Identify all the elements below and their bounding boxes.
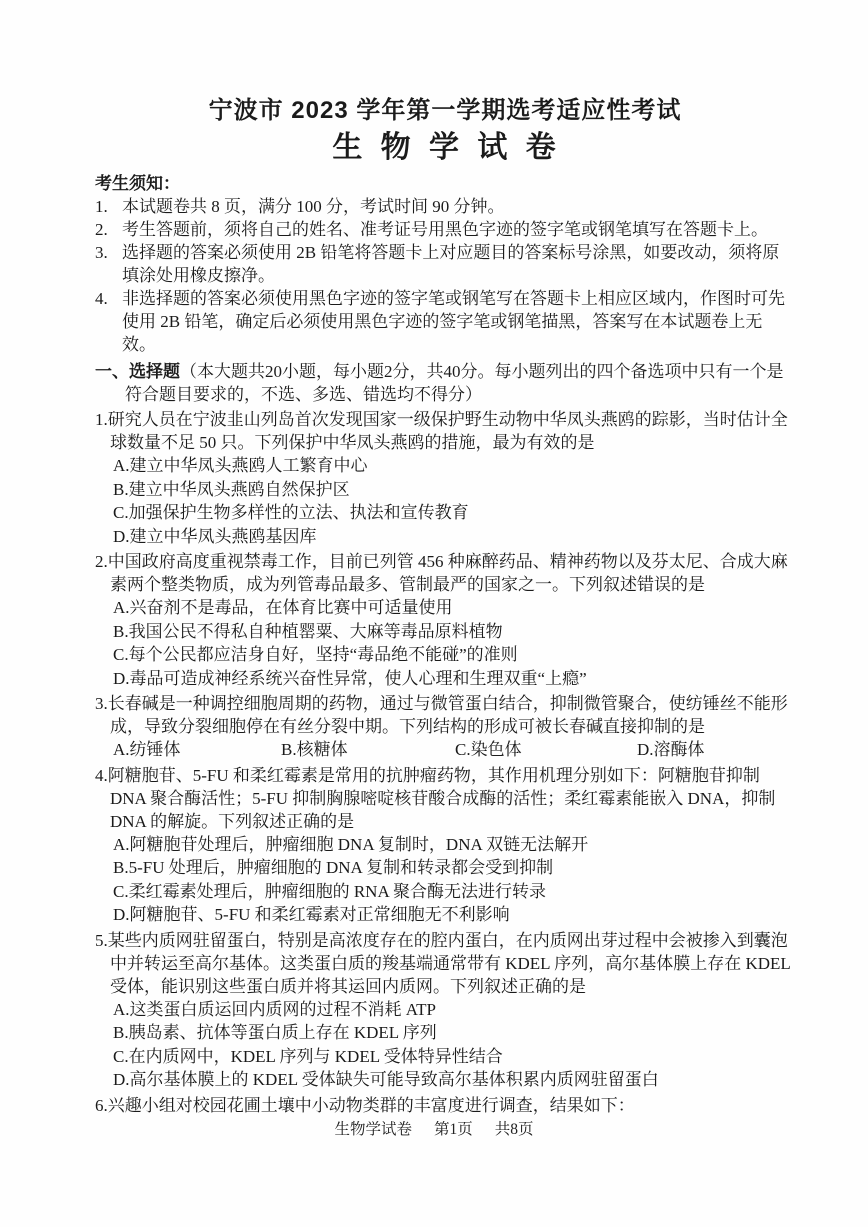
question-stem: 3.长春碱是一种调控细胞周期的药物，通过与微管蛋白结合，抑制微管聚合，使纺锤丝不… [95,692,795,738]
notice-item-2: 2. 考生答题前，须将自己的姓名、准考证号用黑色字迹的签字笔或钢笔填写在答题卡上… [95,218,795,241]
section-label: 一、选择题 [95,362,180,381]
notice-heading: 考生须知： [95,172,795,195]
notice-number: 2. [95,218,122,241]
question-number: 2. [95,552,108,571]
option-label: B. [113,858,129,877]
option-row-b: B.核糖体 [281,738,455,762]
question-3: 3.长春碱是一种调控细胞周期的药物，通过与微管蛋白结合，抑制微管聚合，使纺锤丝不… [95,692,795,762]
option-row-a: A.阿糖胞苷处理后，肿瘤细胞 DNA 复制时，DNA 双链无法解开 [113,833,795,857]
question-stem: 5.某些内质网驻留蛋白，特别是高浓度存在的腔内蛋白，在内质网出芽过程中会被掺入到… [95,929,795,998]
option-row-c: C.柔红霉素处理后，肿瘤细胞的 RNA 聚合酶无法进行转录 [113,880,795,904]
option-label: A. [113,740,130,759]
option-row-c: C.在内质网中，KDEL 序列与 KDEL 受体特异性结合 [113,1045,795,1069]
notice-text: 考生答题前，须将自己的姓名、准考证号用黑色字迹的签字笔或钢笔填写在答题卡上。 [122,218,795,241]
option-row-c: C.染色体 [455,738,637,762]
option-text: 建立中华凤头燕鸥基因库 [130,527,317,546]
question-number: 1. [95,410,108,429]
option-label: A. [113,835,130,854]
option-row-d: D.毒品可造成神经系统兴奋性异常，使人心理和生理双重“上瘾” [113,667,795,691]
notice-item-1: 1. 本试题卷共 8 页，满分 100 分，考试时间 90 分钟。 [95,195,795,218]
page-subtitle: 生 物 学 试 卷 [95,128,795,168]
option-label: B. [281,740,297,759]
page-footer: 生物学试卷第1页共8页 [0,1120,868,1140]
question-stem: 2.中国政府高度重视禁毒工作，目前已列管 456 种麻醉药品、精神药物以及芬太尼… [95,550,795,596]
option-label: A. [113,456,130,475]
option-label: C. [455,740,471,759]
option-label: A. [113,598,130,617]
question-options: A.阿糖胞苷处理后，肿瘤细胞 DNA 复制时，DNA 双链无法解开 B.5-FU… [95,833,795,927]
option-text: 阿糖胞苷、5-FU 和柔红霉素对正常细胞无不利影响 [130,905,510,924]
option-label: D. [113,1070,130,1089]
option-text: 柔红霉素处理后，肿瘤细胞的 RNA 聚合酶无法进行转录 [129,882,546,901]
option-row-b: B.我国公民不得私自种植罂粟、大麻等毒品原料植物 [113,620,795,644]
option-label: D. [113,527,130,546]
notice-item-3: 3. 选择题的答案必须使用 2B 铅笔将答题卡上对应题目的答案标号涂黑，如要改动… [95,241,795,287]
option-label: D. [113,905,130,924]
question-stem: 4.阿糖胞苷、5-FU 和柔红霉素是常用的抗肿瘤药物，其作用机理分别如下：阿糖胞… [95,764,795,833]
question-options: A.这类蛋白质运回内质网的过程不消耗 ATP B.胰岛素、抗体等蛋白质上存在 K… [95,998,795,1092]
question-text: 长春碱是一种调控细胞周期的药物，通过与微管蛋白结合，抑制微管聚合，使纺锤丝不能形… [108,694,788,736]
option-label: C. [113,645,129,664]
notice-text: 本试题卷共 8 页，满分 100 分，考试时间 90 分钟。 [122,195,795,218]
option-label: C. [113,503,129,522]
option-label: C. [113,882,129,901]
option-row-d: D.高尔基体膜上的 KDEL 受体缺失可能导致高尔基体积累内质网驻留蛋白 [113,1068,795,1092]
question-options: A.兴奋剂不是毒品，在体育比赛中可适量使用 B.我国公民不得私自种植罂粟、大麻等… [95,596,795,690]
question-number: 4. [95,766,108,785]
option-text: 加强保护生物多样性的立法、执法和宣传教育 [129,503,469,522]
notice-text: 非选择题的答案必须使用黑色字迹的签字笔或钢笔写在答题卡上相应区域内，作图时可先使… [122,287,795,356]
footer-doc-label: 生物学试卷 [334,1121,412,1138]
question-text: 研究人员在宁波韭山列岛首次发现国家一级保护野生动物中华凤头燕鸥的踪影，当时估计全… [108,410,788,452]
option-text: 毒品可造成神经系统兴奋性异常，使人心理和生理双重“上瘾” [130,669,587,688]
question-text: 兴趣小组对校园花圃土壤中小动物类群的丰富度进行调查，结果如下： [108,1096,635,1115]
exam-paper-page: 宁波市 2023 学年第一学期选考适应性考试 生 物 学 试 卷 考生须知： 1… [0,0,868,1227]
option-row-b: B.建立中华凤头燕鸥自然保护区 [113,478,795,502]
option-row-d: D.建立中华凤头燕鸥基因库 [113,525,795,549]
option-row-d: D.溶酶体 [637,738,705,762]
option-text: 染色体 [471,740,522,759]
option-row-b: B.5-FU 处理后，肿瘤细胞的 DNA 复制和转录都会受到抑制 [113,856,795,880]
notice-number: 1. [95,195,122,218]
footer-total-pages: 共8页 [495,1121,534,1138]
option-text: 溶酶体 [654,740,705,759]
option-text: 高尔基体膜上的 KDEL 受体缺失可能导致高尔基体积累内质网驻留蛋白 [130,1070,659,1089]
question-options: A.纺锤体 B.核糖体 C.染色体 D.溶酶体 [95,738,795,762]
page-title: 宁波市 2023 学年第一学期选考适应性考试 [95,96,795,126]
option-text: 在内质网中，KDEL 序列与 KDEL 受体特异性结合 [129,1047,503,1066]
option-row-a: A.这类蛋白质运回内质网的过程不消耗 ATP [113,998,795,1022]
option-label: A. [113,1000,130,1019]
question-6: 6.兴趣小组对校园花圃土壤中小动物类群的丰富度进行调查，结果如下： [95,1094,795,1117]
notice-text: 选择题的答案必须使用 2B 铅笔将答题卡上对应题目的答案标号涂黑，如要改动，须将… [122,241,795,287]
notice-number: 3. [95,241,122,287]
option-label: D. [113,669,130,688]
option-text: 我国公民不得私自种植罂粟、大麻等毒品原料植物 [129,622,503,641]
section-header: 一、选择题（本大题共20小题，每小题2分，共40分。每小题列出的四个备选项中只有… [95,360,795,406]
option-row-a: A.建立中华凤头燕鸥人工繁育中心 [113,454,795,478]
question-number: 5. [95,931,108,950]
question-4: 4.阿糖胞苷、5-FU 和柔红霉素是常用的抗肿瘤药物，其作用机理分别如下：阿糖胞… [95,764,795,927]
question-text: 某些内质网驻留蛋白，特别是高浓度存在的腔内蛋白，在内质网出芽过程中会被掺入到囊泡… [108,931,790,996]
notice-number: 4. [95,287,122,356]
option-row-c: C.加强保护生物多样性的立法、执法和宣传教育 [113,501,795,525]
option-label: C. [113,1047,129,1066]
option-row-a: A.纺锤体 [113,738,281,762]
question-text: 中国政府高度重视禁毒工作，目前已列管 456 种麻醉药品、精神药物以及芬太尼、合… [108,552,788,594]
option-label: D. [637,740,654,759]
option-row-d: D.阿糖胞苷、5-FU 和柔红霉素对正常细胞无不利影响 [113,903,795,927]
section-description: （本大题共20小题，每小题2分，共40分。每小题列出的四个备选项中只有一个是符合… [125,362,784,404]
question-stem: 6.兴趣小组对校园花圃土壤中小动物类群的丰富度进行调查，结果如下： [95,1094,795,1117]
option-text: 每个公民都应洁身自好，坚持“毒品绝不能碰”的准则 [129,645,518,664]
question-1: 1.研究人员在宁波韭山列岛首次发现国家一级保护野生动物中华凤头燕鸥的踪影，当时估… [95,408,795,548]
question-number: 3. [95,694,108,713]
footer-page-number: 第1页 [434,1121,473,1138]
option-text: 胰岛素、抗体等蛋白质上存在 KDEL 序列 [129,1023,437,1042]
question-5: 5.某些内质网驻留蛋白，特别是高浓度存在的腔内蛋白，在内质网出芽过程中会被掺入到… [95,929,795,1092]
option-text: 这类蛋白质运回内质网的过程不消耗 ATP [130,1000,436,1019]
question-2: 2.中国政府高度重视禁毒工作，目前已列管 456 种麻醉药品、精神药物以及芬太尼… [95,550,795,690]
question-text: 阿糖胞苷、5-FU 和柔红霉素是常用的抗肿瘤药物，其作用机理分别如下：阿糖胞苷抑… [108,766,776,831]
option-row-c: C.每个公民都应洁身自好，坚持“毒品绝不能碰”的准则 [113,643,795,667]
option-text: 阿糖胞苷处理后，肿瘤细胞 DNA 复制时，DNA 双链无法解开 [130,835,589,854]
exam-content: 宁波市 2023 学年第一学期选考适应性考试 生 物 学 试 卷 考生须知： 1… [95,96,795,1117]
option-label: B. [113,622,129,641]
question-number: 6. [95,1096,108,1115]
option-text: 建立中华凤头燕鸥人工繁育中心 [130,456,368,475]
option-text: 建立中华凤头燕鸥自然保护区 [129,480,350,499]
option-text: 兴奋剂不是毒品，在体育比赛中可适量使用 [130,598,453,617]
option-row-b: B.胰岛素、抗体等蛋白质上存在 KDEL 序列 [113,1021,795,1045]
question-options: A.建立中华凤头燕鸥人工繁育中心 B.建立中华凤头燕鸥自然保护区 C.加强保护生… [95,454,795,548]
notice-item-4: 4. 非选择题的答案必须使用黑色字迹的签字笔或钢笔写在答题卡上相应区域内，作图时… [95,287,795,356]
option-text: 5-FU 处理后，肿瘤细胞的 DNA 复制和转录都会受到抑制 [129,858,554,877]
option-text: 核糖体 [297,740,348,759]
option-label: B. [113,480,129,499]
option-label: B. [113,1023,129,1042]
question-stem: 1.研究人员在宁波韭山列岛首次发现国家一级保护野生动物中华凤头燕鸥的踪影，当时估… [95,408,795,454]
option-text: 纺锤体 [130,740,181,759]
option-row-a: A.兴奋剂不是毒品，在体育比赛中可适量使用 [113,596,795,620]
